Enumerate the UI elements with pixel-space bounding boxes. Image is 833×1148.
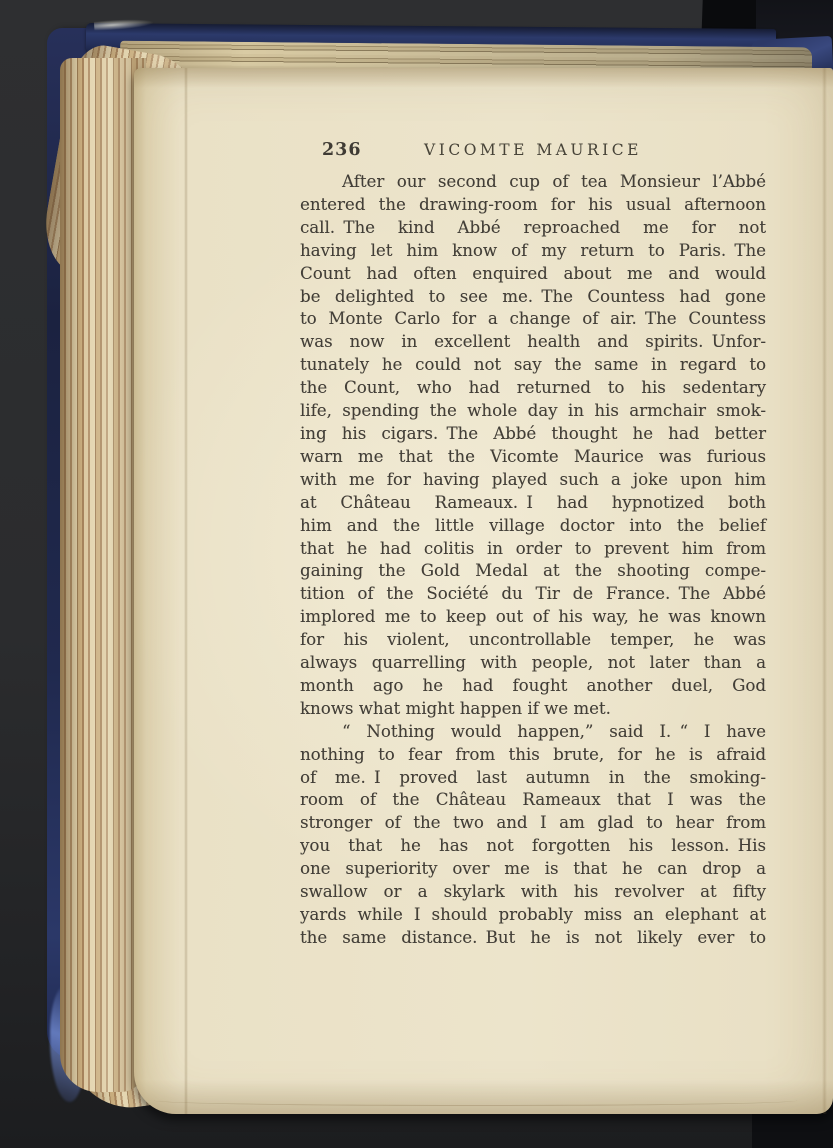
- text-line: month ago he had fought another duel, Go…: [300, 675, 766, 698]
- book-page: 236 VICOMTE MAURICE After our second cup…: [134, 68, 833, 1114]
- text-line: life, spending the whole day in his armc…: [300, 400, 766, 423]
- text-line: at Château Rameaux. I had hypnotized bot…: [300, 492, 766, 515]
- text-line: After our second cup of tea Monsieur l’A…: [300, 171, 766, 194]
- text-line: with me for having played such a joke up…: [300, 469, 766, 492]
- text-line: swallow or a skylark with his revolver a…: [300, 881, 766, 904]
- text-line: call. The kind Abbé reproached me for no…: [300, 217, 766, 240]
- page-crease: [822, 68, 827, 1114]
- book-photo: 236 VICOMTE MAURICE After our second cup…: [0, 0, 833, 1148]
- text-line: Count had often enquired about me and wo…: [300, 263, 766, 286]
- text-line: nothing to fear from this brute, for he …: [300, 744, 766, 767]
- text-line: ing his cigars. The Abbé thought he had …: [300, 423, 766, 446]
- text-line: having let him know of my return to Pari…: [300, 240, 766, 263]
- page-text: After our second cup of tea Monsieur l’A…: [300, 171, 766, 950]
- page-bottom-shadow: [154, 1095, 797, 1106]
- running-title: VICOMTE MAURICE: [300, 141, 766, 159]
- text-line: “ Nothing would happen,” said I. “ I hav…: [300, 721, 766, 744]
- page-crease: [184, 68, 188, 1114]
- text-line: implored me to keep out of his way, he w…: [300, 606, 766, 629]
- text-line: knows what might happen if we met.: [300, 698, 766, 721]
- text-line: him and the little village doctor into t…: [300, 515, 766, 538]
- text-line: stronger of the two and I am glad to hea…: [300, 812, 766, 835]
- text-line: for his violent, uncontrollable temper, …: [300, 629, 766, 652]
- text-line: to Monte Carlo for a change of air. The …: [300, 308, 766, 331]
- text-line: warn me that the Vicomte Maurice was fur…: [300, 446, 766, 469]
- text-line: yards while I should probably miss an el…: [300, 904, 766, 927]
- paragraph: “ Nothing would happen,” said I. “ I hav…: [300, 721, 766, 950]
- text-line: the Count, who had returned to his seden…: [300, 377, 766, 400]
- printed-area: 236 VICOMTE MAURICE After our second cup…: [300, 140, 766, 950]
- text-line: tunately he could not say the same in re…: [300, 354, 766, 377]
- text-line: was now in excellent health and spirits.…: [300, 331, 766, 354]
- text-line: gaining the Gold Medal at the shooting c…: [300, 560, 766, 583]
- text-line: the same distance. But he is not likely …: [300, 927, 766, 950]
- text-line: that he had colitis in order to prevent …: [300, 538, 766, 561]
- text-line: always quarrelling with people, not late…: [300, 652, 766, 675]
- text-line: entered the drawing-room for his usual a…: [300, 194, 766, 217]
- paragraph: After our second cup of tea Monsieur l’A…: [300, 171, 766, 721]
- text-line: room of the Château Rameaux that I was t…: [300, 789, 766, 812]
- text-line: one superiority over me is that he can d…: [300, 858, 766, 881]
- text-line: be delighted to see me. The Countess had…: [300, 286, 766, 309]
- running-header: 236 VICOMTE MAURICE: [300, 140, 766, 162]
- text-line: of me. I proved last autumn in the smoki…: [300, 767, 766, 790]
- text-line: tition of the Société du Tir de France. …: [300, 583, 766, 606]
- text-line: you that he has not forgotten his lesson…: [300, 835, 766, 858]
